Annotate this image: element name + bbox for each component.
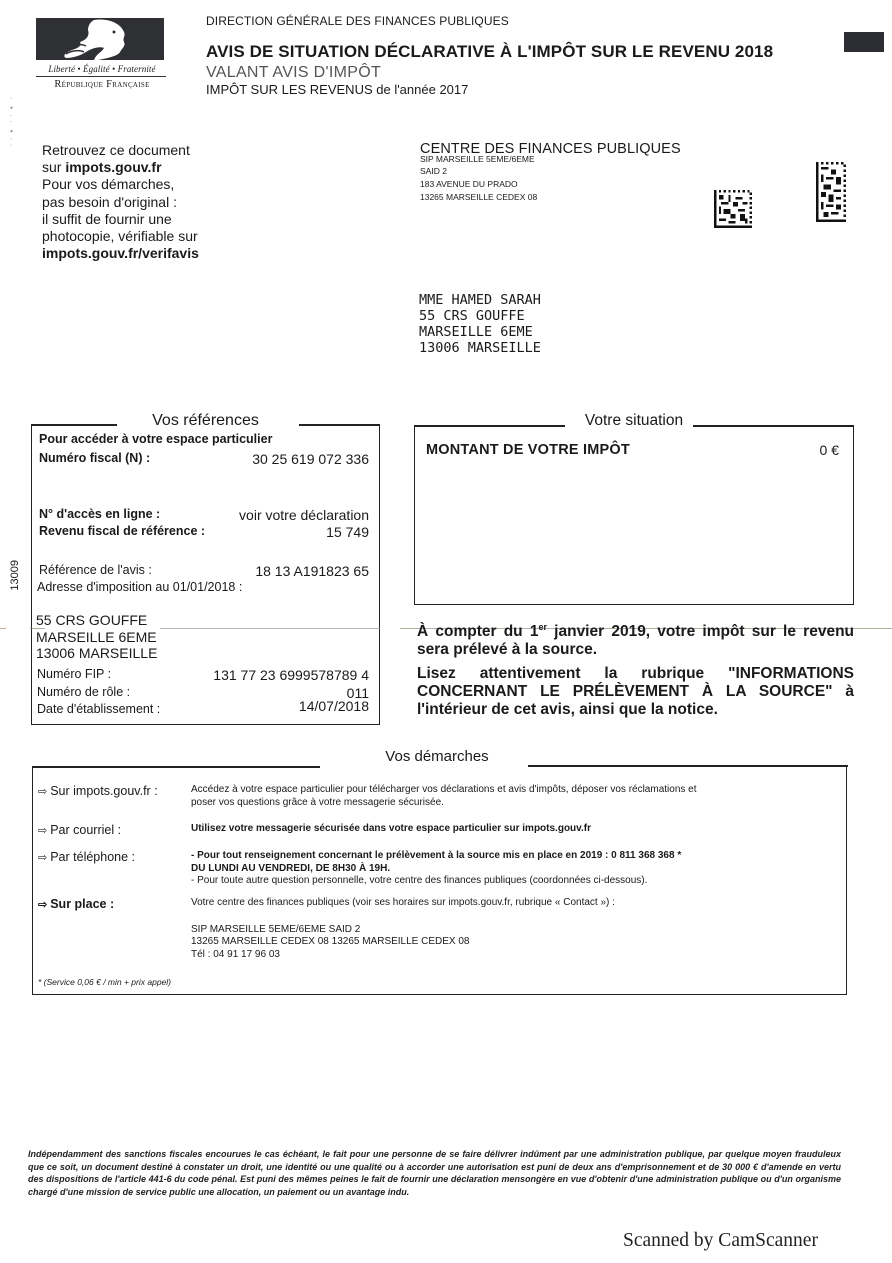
- camscanner-watermark: Scanned by CamScanner: [623, 1230, 818, 1252]
- arrow-right-icon: ⇨: [38, 786, 47, 798]
- demarches-title: Vos démarches: [0, 748, 892, 765]
- recipient-line: 13006 MARSEILLE: [419, 340, 541, 356]
- corner-mark: [844, 32, 884, 52]
- numero-fiscal-row: Numéro fiscal (N) : 30 25 619 072 336: [39, 451, 369, 467]
- tax-centre-address: CENTRE DES FINANCES PUBLIQUES SIP MARSEI…: [420, 141, 681, 204]
- prelevement-paragraph: Lisez attentivement la rubrique "INFORMA…: [417, 665, 854, 719]
- side-code: 13009: [9, 560, 21, 591]
- legal-notice: Indépendamment des sanctions fiscales en…: [28, 1148, 841, 1198]
- impots-link[interactable]: impots.gouv.fr: [65, 159, 161, 175]
- situation-box: Votre situation MONTANT DE VOTRE IMPÔT 0…: [414, 425, 854, 605]
- centre-line: 183 AVENUE DU PRADO: [420, 178, 681, 191]
- place-address-line: SIP MARSEILLE 5EME/6EME SAID 2: [191, 924, 615, 937]
- prelevement-notice: À compter du 1er janvier 2019, votre imp…: [417, 618, 854, 725]
- recipient-line: 55 CRS GOUFFE: [419, 308, 541, 324]
- references-box: Vos références Pour accéder à votre espa…: [31, 424, 380, 725]
- logo-divider: [36, 76, 166, 77]
- document-subtitle: VALANT AVIS D'IMPÔT: [206, 64, 381, 82]
- reference-avis-row: Référence de l'avis : 18 13 A191823 65: [39, 563, 369, 579]
- tax-year-line: IMPÔT SUR LES REVENUS de l'année 2017: [206, 82, 468, 97]
- recipient-line: MME HAMED SARAH: [419, 292, 541, 308]
- datamatrix-code-icon: [816, 161, 846, 223]
- montant-impot-label: MONTANT DE VOTRE IMPÔT: [426, 442, 630, 458]
- logo-republic-name: République Française: [36, 79, 168, 90]
- references-legend: Vos références: [32, 412, 379, 430]
- service-footnote: * (Service 0,06 € / min + prix appel): [38, 977, 171, 987]
- document-title: AVIS DE SITUATION DÉCLARATIVE À L'IMPÔT …: [206, 42, 773, 62]
- revenu-fiscal-value: 15 749: [326, 524, 369, 540]
- demarche-row-place: ⇨Sur place : Votre centre des finances p…: [38, 897, 836, 961]
- acces-en-ligne-value: voir votre déclaration: [239, 507, 369, 523]
- info-line: Retrouvez ce document: [42, 142, 199, 159]
- centre-line: SAID 2: [420, 165, 681, 178]
- prelevement-paragraph: À compter du 1er janvier 2019, votre imp…: [417, 618, 854, 659]
- situation-legend: Votre situation: [415, 412, 853, 430]
- montant-impot-value: 0 €: [820, 442, 839, 458]
- online-info: Retrouvez ce document sur impots.gouv.fr…: [42, 142, 199, 262]
- marianne-icon: [36, 18, 164, 60]
- place-address-line: 13265 MARSEILLE CEDEX 08 13265 MARSEILLE…: [191, 936, 615, 949]
- demarches-box: ⇨Sur impots.gouv.fr : Accédez à votre es…: [32, 766, 847, 995]
- adresse-imposition-label: Adresse d'imposition au 01/01/2018 :: [37, 580, 369, 594]
- demarche-row-web: ⇨Sur impots.gouv.fr : Accédez à votre es…: [38, 784, 836, 809]
- logo-motto: Liberté • Égalité • Fraternité: [36, 64, 168, 74]
- numero-fiscal-value: 30 25 619 072 336: [252, 451, 369, 467]
- recipient-line: MARSEILLE 6EME: [419, 324, 541, 340]
- directorate-name: DIRECTION GÉNÉRALE DES FINANCES PUBLIQUE…: [206, 14, 509, 28]
- demarche-row-telephone: ⇨Par téléphone : - Pour tout renseigneme…: [38, 850, 836, 888]
- recipient-address: MME HAMED SARAH 55 CRS GOUFFE MARSEILLE …: [419, 292, 541, 356]
- references-intro: Pour accéder à votre espace particulier: [39, 432, 369, 446]
- info-line: photocopie, vérifiable sur: [42, 228, 199, 245]
- date-etablissement-value: 14/07/2018: [299, 698, 369, 716]
- numero-fip-row: Numéro FIP : 131 77 23 6999578789 4: [37, 667, 369, 683]
- arrow-right-icon: ⇨: [38, 825, 47, 837]
- info-line: Pour vos démarches,: [42, 176, 199, 193]
- arrow-right-icon: ⇨: [38, 899, 47, 911]
- demarche-row-courriel: ⇨Par courriel : Utilisez votre messageri…: [38, 823, 836, 837]
- reference-avis-value: 18 13 A191823 65: [255, 563, 369, 579]
- arrow-right-icon: ⇨: [38, 852, 47, 864]
- adresse-imposition: 55 CRS GOUFFE MARSEILLE 6EME 13006 MARSE…: [36, 612, 157, 662]
- margin-code: · · ▪ · · ▪ ·: [8, 96, 15, 146]
- place-address-line: Tél : 04 91 17 96 03: [191, 949, 615, 962]
- verifavis-link[interactable]: impots.gouv.fr/verifavis: [42, 245, 199, 262]
- revenu-fiscal-row: Revenu fiscal de référence : 15 749: [39, 524, 369, 540]
- numero-fip-value: 131 77 23 6999578789 4: [213, 667, 369, 683]
- centre-line: 13265 MARSEILLE CEDEX 08: [420, 191, 681, 204]
- info-line: pas besoin d'original :: [42, 194, 199, 211]
- republique-francaise-logo: Liberté • Égalité • Fraternité Républiqu…: [36, 18, 166, 96]
- info-line: il suffit de fournir une: [42, 211, 199, 228]
- acces-en-ligne-row: N° d'accès en ligne : voir votre déclara…: [39, 507, 369, 523]
- date-etablissement-row: Date d'établissement : 14/07/2018: [37, 702, 369, 716]
- datamatrix-code-icon: [714, 190, 752, 228]
- info-line: sur impots.gouv.fr: [42, 159, 199, 176]
